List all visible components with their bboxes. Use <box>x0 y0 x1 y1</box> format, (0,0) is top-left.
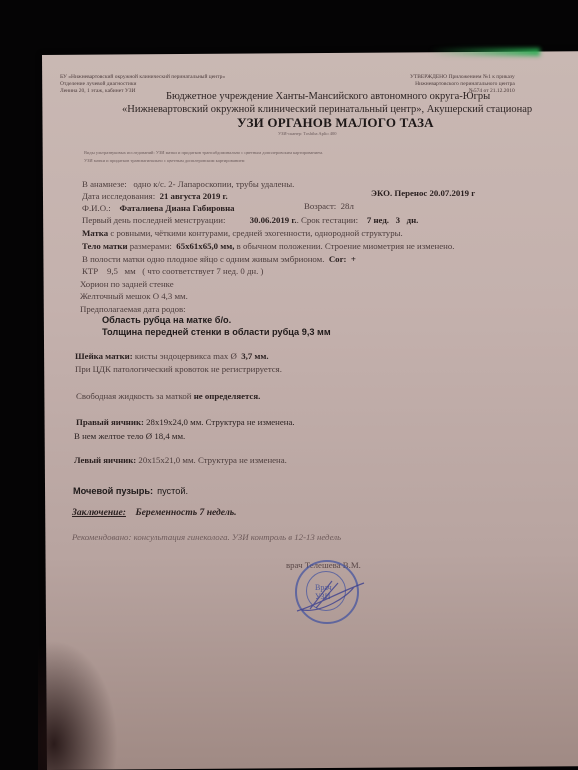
ktr-unit: мм <box>125 266 136 276</box>
bladder: Мочевой пузырь: пустой. <box>73 481 188 499</box>
left-ovary-label: Левый яичник: <box>74 455 136 465</box>
scar-thickness: Толщина передней стенки в области рубца … <box>102 327 331 337</box>
uterus-size-label: размерами: <box>130 241 172 251</box>
left-ovary: Левый яичник: 20х15х21,0 мм. Структура н… <box>74 455 287 465</box>
cervix-text: кисты эндоцервикса max Ø <box>135 351 237 361</box>
study-types: Виды ультразвуковых исследований: УЗИ ма… <box>84 149 323 165</box>
background-light <box>430 48 540 56</box>
anamnesis-value: одно к/с. 2- Лапароскопии, трубы удалены… <box>133 179 294 189</box>
anamnesis: В анамнезе: одно к/с. 2- Лапароскопии, т… <box>82 179 294 189</box>
patient-name: Ф.И.О.: Фаталиева Диана Габировна <box>82 203 235 213</box>
uterus-body-label: Тело матки <box>82 241 128 251</box>
cervix-label: Шейка матки: <box>75 351 133 361</box>
uterus-text: с ровными, чёткими контурами, средней эх… <box>110 228 402 238</box>
lmp-label: Первый день последней менструации: <box>82 215 225 225</box>
conclusion: Заключение: Беременность 7 недель. <box>72 507 237 518</box>
scanner-model: УЗИ-сканер: Toshiba Aplio 400 <box>278 131 336 136</box>
cervix-value: 3,7 мм. <box>241 351 268 361</box>
uterine-cavity: В полости матки одно плодное яйцо с одни… <box>82 254 356 264</box>
free-fluid-text: Свободная жидкость за маткой <box>76 391 192 401</box>
gestation-label: . Срок гестации: <box>297 215 358 225</box>
uterus-body: Тело матки размерами: 65х61х65,0 мм, в о… <box>82 241 454 251</box>
study-date-label: Дата исследования: <box>82 191 155 201</box>
cdk-note: При ЦДК патологический кровоток не регис… <box>75 364 282 374</box>
header-right-line: Нижневартовского перинатального центра <box>410 81 515 88</box>
age-label: Возраст: <box>304 201 336 211</box>
due-date: Предполагаемая дата родов: <box>80 304 186 314</box>
study-type-line: Виды ультразвуковых исследований: УЗИ ма… <box>84 149 323 157</box>
free-fluid-value: не определяется. <box>194 391 261 401</box>
gestation-days: 3 <box>396 215 400 225</box>
gestation-days-unit: дн. <box>407 215 419 225</box>
right-ovary-text: 28х19х24,0 мм. Структура не изменена. <box>146 417 294 427</box>
signature-scribble <box>292 575 372 615</box>
fio-label: Ф.И.О.: <box>82 203 111 213</box>
chorion: Хорион по задней стенке <box>80 279 174 289</box>
gestation-weeks: 7 нед. <box>367 215 389 225</box>
patient-age: Возраст: 28л <box>304 201 354 211</box>
right-ovary-label: Правый яичник: <box>76 417 144 427</box>
header-left-line: Отделение лучевой диагностики <box>60 81 225 88</box>
uterus-description: Матка с ровными, чёткими контурами, сред… <box>82 228 403 238</box>
study-date: Дата исследования: 21 августа 2019 г. <box>82 191 228 201</box>
ktr-label: КТР <box>82 266 98 276</box>
uterus-body-rest: в обычном положении. Строение миометрия … <box>237 241 455 251</box>
free-fluid: Свободная жидкость за маткой не определя… <box>76 391 260 401</box>
uterus-size-value: 65х61х65,0 мм, <box>176 241 234 251</box>
hand-shadow <box>38 640 118 770</box>
ktr-value: 9,5 <box>107 266 118 276</box>
header-left-line: БУ «Нижневартовский окружной клинический… <box>60 74 225 81</box>
institution-line-2: «Нижневартовский окружной клинический пе… <box>122 104 532 115</box>
recommendation: Рекомендовано: консультация гинеколога. … <box>72 532 341 542</box>
eco-note: ЭКО. Перенос 20.07.2019 г <box>371 188 475 198</box>
scar-area: Область рубца на матке б/о. <box>102 315 231 325</box>
last-menstruation: Первый день последней менструации: 30.06… <box>82 215 418 225</box>
ktr-note: ( что соответствует 7 нед. 0 дн. ) <box>142 266 263 276</box>
bladder-value: пустой. <box>157 486 188 496</box>
study-type-line: УЗИ матки и придатков трансвагинально с … <box>84 157 323 165</box>
bladder-label: Мочевой пузырь: <box>73 486 153 496</box>
yolk-sac: Желточный мешок О 4,3 мм. <box>80 291 188 301</box>
conclusion-label: Заключение: <box>72 507 126 518</box>
fio-value: Фаталиева Диана Габировна <box>120 203 235 213</box>
cor-label: Cor: <box>329 254 347 264</box>
lmp-value: 30.06.2019 г. <box>250 215 297 225</box>
anamnesis-label: В анамнезе: <box>82 179 127 189</box>
cervix: Шейка матки: кисты эндоцервикса max Ø 3,… <box>75 351 269 361</box>
cavity-text: В полости матки одно плодное яйцо с одни… <box>82 254 324 264</box>
document-title: УЗИ ОРГАНОВ МАЛОГО ТАЗА <box>237 115 434 131</box>
age-value: 28л <box>341 201 354 211</box>
corpus-luteum: В нем желтое тело Ø 18,4 мм. <box>74 431 185 441</box>
cor-value: + <box>351 254 356 264</box>
header-right-line: УТВЕРЖДЕНО Приложением №1 к приказу <box>410 74 515 81</box>
left-ovary-text: 20х15х21,0 мм. Структура не изменена. <box>138 455 286 465</box>
right-ovary: Правый яичник: 28х19х24,0 мм. Структура … <box>76 417 295 427</box>
ktr: КТР 9,5 мм ( что соответствует 7 нед. 0 … <box>82 266 263 276</box>
uterus-label: Матка <box>82 228 108 238</box>
institution-line-1: Бюджетное учреждение Ханты-Мансийского а… <box>166 91 490 102</box>
conclusion-value: Беременность 7 недель. <box>136 507 237 518</box>
study-date-value: 21 августа 2019 г. <box>160 191 228 201</box>
